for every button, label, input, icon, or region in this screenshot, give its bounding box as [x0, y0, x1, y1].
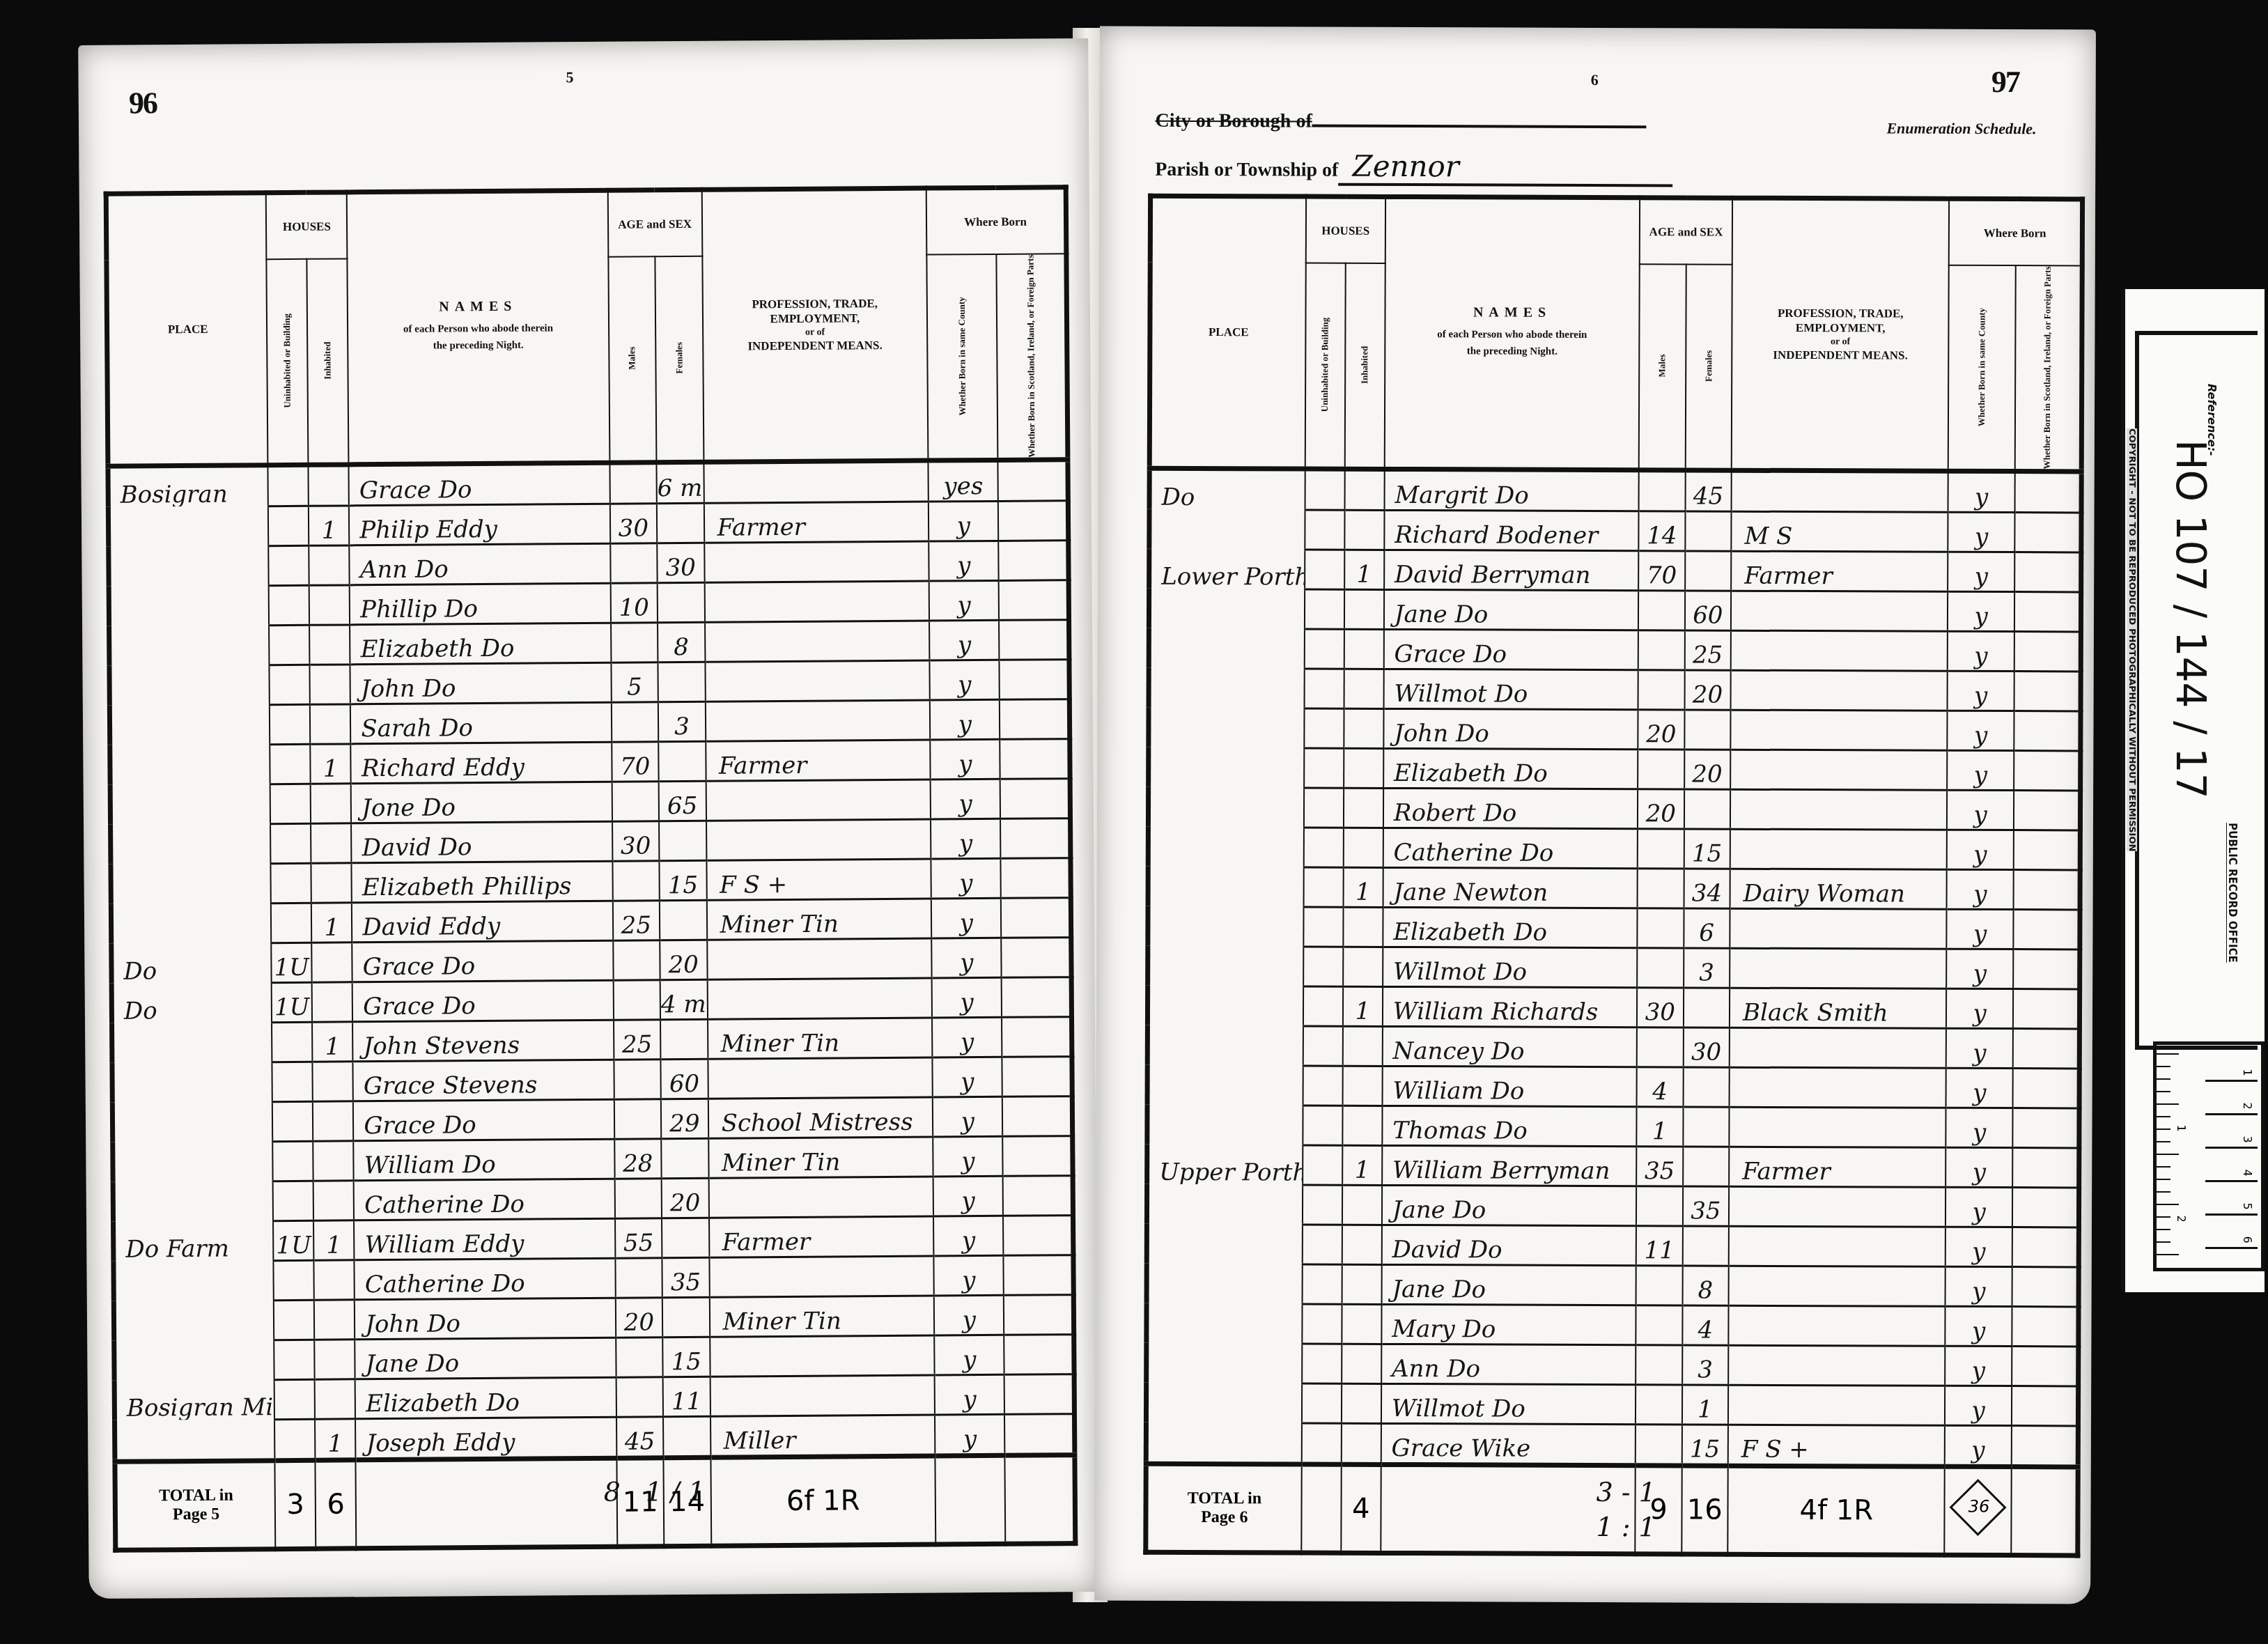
census-row: Ann Do30y — [109, 540, 1069, 587]
uninhabited-cell — [269, 585, 309, 625]
born-county-cell: y — [930, 660, 1000, 700]
male-age-cell — [1638, 669, 1685, 709]
male-age-cell — [614, 1099, 661, 1138]
name-cell: Philip Eddy — [349, 504, 610, 545]
inhabited-cell — [1344, 748, 1383, 788]
inhabited-cell: 1 — [1344, 550, 1384, 589]
male-age-cell: 30 — [612, 821, 660, 860]
female-age-cell — [658, 582, 705, 622]
born-county-cell: y — [1947, 830, 2014, 869]
profession-cell: F S + — [706, 859, 931, 900]
place-cell: Bosigran Mills — [114, 1379, 274, 1420]
female-age-cell — [1682, 1226, 1729, 1266]
born-foreign-cell — [1004, 1374, 1075, 1414]
born-foreign-cell — [2012, 1108, 2079, 1147]
place-cell — [1148, 906, 1303, 947]
place-cell — [1149, 509, 1305, 550]
name-cell: Richard Bodener — [1384, 510, 1639, 550]
female-age-cell: 4 — [1682, 1305, 1729, 1345]
ruler-cm-label: 6 — [2241, 1236, 2254, 1243]
header-males: Males — [1639, 264, 1686, 470]
name-cell: Ann Do — [1381, 1344, 1636, 1384]
inhabited-cell: 1 — [315, 1419, 355, 1460]
born-county-cell: y — [1947, 949, 2014, 988]
born-county-cell: y — [933, 1096, 1003, 1137]
page-number: 6 — [1591, 71, 1599, 89]
header-born-foreign: Whether Born in Scotland, Ireland, or Fo… — [2015, 265, 2083, 472]
census-row: Do1UGrace Do4 moy — [111, 977, 1071, 1023]
female-age-cell — [1685, 551, 1732, 591]
place-cell: Upper Porthmear — [1147, 1145, 1303, 1185]
census-row: David Do11y — [1147, 1224, 2079, 1267]
born-foreign-cell — [998, 459, 1069, 501]
inhabited-cell: 1 — [1342, 1145, 1382, 1185]
female-age-cell — [662, 1218, 709, 1257]
male-age-cell: 20 — [615, 1297, 662, 1337]
census-row: 1William Richards30Black Smithy — [1147, 986, 2079, 1029]
male-age-cell: 55 — [615, 1218, 662, 1257]
female-age-cell: 20 — [1684, 670, 1731, 710]
female-age-cell: 29 — [661, 1099, 708, 1138]
name-cell: David Do — [1382, 1225, 1637, 1265]
place-cell — [109, 704, 270, 745]
uninhabited-cell — [274, 1260, 314, 1300]
profession-cell: F S + — [1728, 1425, 1945, 1466]
tally-females: 1 : 1 — [1596, 1512, 1655, 1542]
place-cell — [1146, 1383, 1301, 1423]
born-foreign-cell — [2014, 830, 2081, 869]
born-foreign-cell — [1002, 1096, 1073, 1136]
name-cell: John Stevens — [352, 1020, 614, 1062]
born-county-cell: y — [1948, 591, 2014, 631]
born-county-cell: y — [1948, 512, 2015, 552]
born-foreign-cell — [2014, 631, 2081, 671]
profession-cell — [706, 819, 931, 860]
place-cell: Do — [111, 982, 272, 1023]
place-cell — [110, 744, 270, 785]
profession-cell: Miner Tin — [708, 1018, 933, 1059]
census-row: John Do20y — [1149, 708, 2081, 751]
uninhabited-cell: 1U — [272, 982, 312, 1022]
measurement-ruler: 12123456 — [2153, 1041, 2265, 1271]
census-row: Phillip Do10y — [109, 580, 1069, 626]
header-uninhabited: Uninhabited or Building — [1305, 263, 1345, 469]
uninhabited-cell — [274, 1379, 315, 1419]
name-cell: Jane Do — [1384, 589, 1639, 630]
place-cell — [111, 863, 271, 904]
place-cell — [113, 1141, 273, 1182]
male-age-cell: 4 — [1637, 1067, 1684, 1106]
profession-cell: Miller — [710, 1415, 935, 1457]
header-names: NAMES of each Person who abode therein t… — [1385, 196, 1640, 470]
header-age-sex: AGE and SEX — [1640, 198, 1732, 264]
born-foreign-cell — [1004, 1255, 1074, 1295]
male-age-cell: 20 — [1638, 789, 1684, 828]
profession-cell — [1728, 1345, 1945, 1386]
census-row: Catherine Do15y — [1148, 827, 2080, 870]
born-county-cell: y — [931, 898, 1002, 938]
census-row: Jone Do65y — [110, 778, 1070, 825]
census-row: Catherine Do20y — [113, 1175, 1073, 1222]
female-age-cell — [658, 662, 705, 701]
male-age-cell — [613, 940, 660, 979]
profession-cell: Farmer — [1729, 1147, 1946, 1187]
female-age-cell: 30 — [657, 543, 704, 582]
ruler-tick — [2157, 1229, 2170, 1230]
male-age-cell: 25 — [612, 900, 660, 940]
census-row: 1Jane Newton34Dairy Womany — [1148, 867, 2080, 910]
census-row: Elizabeth Do8y — [109, 619, 1069, 666]
place-cell — [1149, 628, 1304, 669]
census-row: John Do5y — [109, 659, 1069, 706]
place-cell — [1146, 1422, 1301, 1464]
female-age-cell: 1 — [1682, 1385, 1729, 1425]
female-age-cell — [657, 503, 704, 543]
profession-cell — [706, 780, 931, 821]
profession-cell: Farmer — [1731, 551, 1948, 591]
ruler-tick — [2157, 1216, 2170, 1218]
census-row: William Do4y — [1147, 1065, 2079, 1108]
inhabited-cell — [1342, 1185, 1382, 1225]
female-age-cell — [1683, 1107, 1730, 1147]
place-cell — [1147, 1065, 1303, 1106]
total-profession: 6f 1R — [710, 1456, 935, 1546]
born-county-cell: y — [1945, 1187, 2012, 1227]
inhabited-cell — [1342, 1304, 1381, 1344]
born-foreign-cell — [999, 540, 1069, 580]
inhabited-cell: 1 — [1343, 986, 1383, 1026]
ruler-tick — [2157, 1091, 2170, 1092]
inhabited-cell — [1344, 788, 1383, 828]
inhabited-cell — [1342, 1344, 1381, 1383]
inhabited-cell — [310, 704, 350, 744]
born-county-cell: y — [1946, 988, 2013, 1028]
ruler-tick — [2157, 1191, 2170, 1193]
header-place: PLACE — [1149, 196, 1306, 468]
uninhabited-cell — [1305, 550, 1344, 589]
born-county-cell: y — [929, 580, 1000, 621]
born-foreign-cell — [1004, 1413, 1075, 1455]
uninhabited-cell — [272, 1101, 313, 1141]
born-foreign-cell — [1004, 1334, 1074, 1374]
inhabited-cell — [1344, 589, 1384, 629]
profession-cell — [705, 621, 930, 662]
name-cell: Willmot Do — [1383, 669, 1638, 709]
born-county-cell: y — [929, 501, 999, 541]
uninhabited-cell — [1303, 1185, 1342, 1225]
ruler-cm-division — [2205, 1113, 2258, 1115]
profession-cell — [705, 700, 930, 741]
born-foreign-cell — [2013, 909, 2080, 949]
uninhabited-cell — [268, 465, 309, 506]
uninhabited-cell — [1304, 748, 1344, 788]
header-houses: HOUSES — [1305, 196, 1385, 263]
male-age-cell: 10 — [610, 582, 658, 622]
born-county-cell: y — [1948, 552, 2015, 591]
male-age-cell: 14 — [1639, 511, 1686, 550]
born-county-cell: y — [1945, 1346, 2012, 1386]
born-county-cell: y — [1947, 909, 2014, 949]
place-cell — [112, 1101, 272, 1142]
born-foreign-cell — [2014, 790, 2081, 830]
parish-field: Parish or Township ofZennor — [1155, 148, 1672, 187]
reference-strip: Reference:- HO 107 / 144 / 17 PUBLIC REC… — [2121, 289, 2265, 1292]
born-foreign-cell — [2012, 1306, 2079, 1346]
census-row: BosigranGrace Do6 moyes — [108, 459, 1068, 507]
female-age-cell: 3 — [658, 701, 706, 741]
profession-cell — [1731, 630, 1948, 671]
female-age-cell: 25 — [1684, 630, 1731, 670]
uninhabited-cell — [1303, 907, 1343, 947]
female-age-cell: 65 — [659, 781, 706, 821]
name-cell: Catherine Do — [355, 1258, 616, 1300]
city-borough-field: City or Borough of — [1155, 110, 1646, 134]
born-foreign-cell — [1002, 1135, 1073, 1176]
born-county-cell: y — [935, 1414, 1005, 1456]
profession-cell — [704, 460, 929, 503]
born-county-cell: y — [933, 1057, 1003, 1097]
name-cell: Grace Do — [352, 940, 614, 982]
born-county-cell: y — [1946, 1028, 2013, 1068]
born-county-cell: y — [1946, 1068, 2013, 1108]
ruler-cm-division — [2205, 1213, 2258, 1216]
header-inhabited: Inhabited — [307, 258, 349, 465]
uninhabited-cell — [1305, 469, 1344, 510]
uninhabited-cell — [269, 545, 309, 585]
census-row: Richard Bodener14M Sy — [1149, 509, 2081, 552]
name-cell: Phillip Do — [350, 583, 611, 625]
name-cell: Elizabeth Phillips — [352, 861, 613, 903]
born-foreign-cell — [2012, 1187, 2079, 1227]
name-cell: William Do — [354, 1139, 615, 1181]
male-age-cell — [610, 543, 658, 582]
male-age-cell — [615, 1257, 662, 1297]
ruler-tick — [2157, 1154, 2179, 1155]
census-row: Do1UGrace Do20y — [111, 937, 1071, 984]
male-age-cell: 20 — [1638, 709, 1685, 749]
uninhabited-cell — [270, 665, 310, 704]
born-foreign-cell — [999, 619, 1069, 660]
born-foreign-cell — [2012, 1386, 2079, 1425]
inhabited-cell — [315, 1379, 355, 1419]
female-age-cell: 45 — [1685, 470, 1732, 511]
census-row: Upper Porthmear1William Berryman35Farmer… — [1147, 1145, 2079, 1188]
place-cell — [109, 545, 269, 587]
census-row: 1David Eddy25Miner Tiny — [111, 897, 1071, 944]
male-age-cell — [616, 1337, 663, 1377]
header-age-sex: AGE and SEX — [607, 189, 702, 256]
male-age-cell: 30 — [1637, 987, 1684, 1027]
born-county-cell: y — [1948, 471, 2015, 512]
uninhabited-cell — [1303, 1066, 1342, 1106]
female-age-cell: 15 — [659, 860, 706, 900]
born-county-cell: y — [934, 1295, 1004, 1335]
name-cell: Joseph Eddy — [355, 1417, 616, 1460]
profession-cell — [1728, 1305, 1945, 1346]
profession-cell — [1730, 789, 1948, 830]
uninhabited-cell — [1303, 1106, 1342, 1145]
female-age-cell — [661, 1138, 708, 1178]
census-row: Lower Porthmear1David Berryman70Farmery — [1149, 549, 2081, 592]
born-county-cell: y — [933, 1136, 1003, 1177]
header-houses: HOUSES — [266, 192, 348, 259]
inhabited-cell — [313, 1141, 354, 1181]
place-cell — [109, 585, 269, 626]
name-cell: Sarah Do — [350, 702, 612, 744]
total-inhabited: 6 — [316, 1460, 357, 1549]
inhabited-cell — [309, 465, 349, 506]
name-cell: Grace Do — [1384, 629, 1639, 669]
name-cell: Catherine Do — [1383, 828, 1638, 868]
born-foreign-cell — [999, 580, 1069, 620]
born-county-cell: y — [1945, 1425, 2012, 1466]
born-foreign-cell — [2013, 1028, 2080, 1068]
census-row: Jane Do8y — [1147, 1264, 2079, 1307]
place-cell — [114, 1260, 274, 1301]
ruler-cm-division — [2205, 1080, 2258, 1082]
place-cell — [1149, 708, 1304, 748]
inhabited-cell: 1 — [312, 1022, 352, 1062]
total-born-count: 36 — [1945, 1466, 2012, 1555]
header-uninhabited: Uninhabited or Building — [267, 258, 309, 465]
ruler-cm-label: 3 — [2241, 1135, 2254, 1142]
census-row: John Do20Miner Tiny — [114, 1294, 1073, 1341]
inhabited-cell — [312, 982, 352, 1022]
name-cell: Thomas Do — [1382, 1106, 1637, 1146]
born-foreign-cell — [1002, 977, 1072, 1017]
ruler-tick — [2157, 1066, 2170, 1067]
inhabited-cell — [1343, 828, 1383, 867]
born-foreign-cell — [1002, 1056, 1073, 1096]
male-age-cell — [1638, 749, 1684, 789]
name-cell: David Do — [351, 821, 612, 863]
ruler-tick — [2157, 1116, 2170, 1117]
uninhabited-cell — [1301, 1423, 1341, 1464]
uninhabited-cell — [1304, 708, 1344, 748]
profession-cell — [1730, 948, 1947, 988]
female-age-cell: 60 — [660, 1059, 708, 1099]
name-cell: Willmot Do — [1381, 1383, 1636, 1424]
profession-cell — [1730, 710, 1948, 750]
female-age-cell — [663, 1416, 710, 1457]
ruler-cm-label: 1 — [2241, 1069, 2254, 1076]
ruler-tick — [2157, 1103, 2179, 1105]
ruler-tick — [2157, 1053, 2179, 1055]
copyright-notice: COPYRIGHT - NOT TO BE REPRODUCED PHOTOGR… — [2127, 428, 2137, 851]
uninhabited-cell — [1303, 947, 1343, 986]
profession-cell — [709, 1256, 934, 1297]
profession-cell: School Mistress — [708, 1097, 933, 1138]
name-cell: Jone Do — [351, 782, 612, 823]
header-where-born: Where Born — [926, 187, 1066, 254]
inhabited-cell: 1 — [313, 1220, 354, 1260]
profession-cell — [704, 581, 929, 622]
profession-cell — [1729, 1226, 1946, 1266]
name-cell: Nancey Do — [1383, 1026, 1638, 1067]
place-cell — [1149, 589, 1304, 629]
profession-cell — [707, 978, 932, 1019]
male-age-cell — [1636, 1265, 1683, 1305]
name-cell: Elizabeth Do — [355, 1377, 616, 1419]
born-county-cell: y — [933, 1176, 1004, 1216]
name-cell: William Berryman — [1382, 1145, 1637, 1186]
census-row: 1John Stevens25Miner Tiny — [112, 1016, 1072, 1063]
tally-males: 8 — [604, 1477, 621, 1507]
place-cell: Bosigran — [108, 465, 268, 507]
profession-cell — [1732, 470, 1949, 512]
uninhabited-cell — [1303, 867, 1343, 907]
inhabited-cell — [1341, 1423, 1381, 1464]
female-age-cell: 3 — [1684, 948, 1730, 988]
name-cell: Elizabeth Do — [1383, 748, 1638, 789]
born-county-cell: y — [934, 1335, 1004, 1375]
header-profession: PROFESSION, TRADE, EMPLOYMENT, or of IND… — [1732, 198, 1950, 471]
born-county-cell: y — [1947, 790, 2014, 830]
census-row: 1Richard Eddy70Farmery — [110, 738, 1070, 785]
ruler-inch-label: 2 — [2175, 1215, 2188, 1222]
name-cell: David Berryman — [1384, 550, 1639, 590]
born-foreign-cell — [2012, 1227, 2079, 1266]
profession-cell — [1728, 1385, 1945, 1425]
male-age-cell — [1638, 868, 1684, 908]
female-age-cell: 35 — [662, 1257, 709, 1297]
place-cell: Do Farm — [114, 1220, 274, 1262]
census-table: PLACE HOUSES NAMES of each Person who ab… — [104, 185, 1078, 1552]
census-row: Willmot Do1y — [1146, 1383, 2078, 1426]
born-foreign-cell — [2012, 1068, 2079, 1108]
census-rows: DoMargrit Do45yRichard Bodener14M SyLowe… — [1146, 468, 2081, 1467]
born-foreign-cell — [1003, 1175, 1073, 1216]
profession-cell — [1730, 1067, 1947, 1108]
inhabited-cell: 1 — [1343, 867, 1383, 907]
female-age-cell: 15 — [1684, 829, 1730, 869]
male-age-cell: 35 — [1636, 1146, 1683, 1186]
born-county-cell: y — [1945, 1306, 2012, 1346]
left-page: 96 5 PLACE HOUSES NAMES of each Person w… — [78, 38, 1099, 1599]
total-profession: 4f 1R — [1727, 1466, 1945, 1555]
uninhabited-cell — [1303, 986, 1343, 1026]
uninhabited-cell — [1303, 1145, 1342, 1185]
male-age-cell — [1636, 1344, 1682, 1384]
born-foreign-cell — [1002, 937, 1072, 977]
place-cell — [113, 1181, 273, 1222]
place-cell — [109, 665, 270, 706]
inhabited-cell: 1 — [311, 744, 351, 784]
census-row: 1Philip Eddy30Farmery — [108, 500, 1068, 547]
born-foreign-cell — [1000, 659, 1070, 699]
born-county-cell: y — [929, 541, 999, 581]
name-cell: Jane Do — [1381, 1264, 1636, 1305]
ruler-tick — [2157, 1241, 2170, 1243]
census-row: Jane Do35y — [1147, 1184, 2079, 1227]
born-foreign-cell — [1000, 699, 1070, 739]
profession-cell — [707, 938, 932, 979]
profession-cell — [704, 541, 929, 582]
name-cell: John Do — [350, 662, 612, 704]
male-age-cell — [1638, 908, 1684, 947]
profession-cell — [710, 1335, 935, 1377]
male-age-cell — [1636, 1186, 1683, 1225]
male-age-cell — [616, 1377, 663, 1416]
name-cell: Jane Do — [1382, 1185, 1637, 1225]
uninhabited-cell — [271, 903, 311, 943]
female-age-cell: 34 — [1684, 869, 1730, 908]
census-row: Willmot Do20y — [1149, 668, 2081, 711]
born-county-cell: y — [931, 819, 1001, 859]
place-cell — [109, 625, 270, 666]
inhabited-cell — [315, 1340, 355, 1379]
total-females: 16 — [1681, 1466, 1728, 1554]
